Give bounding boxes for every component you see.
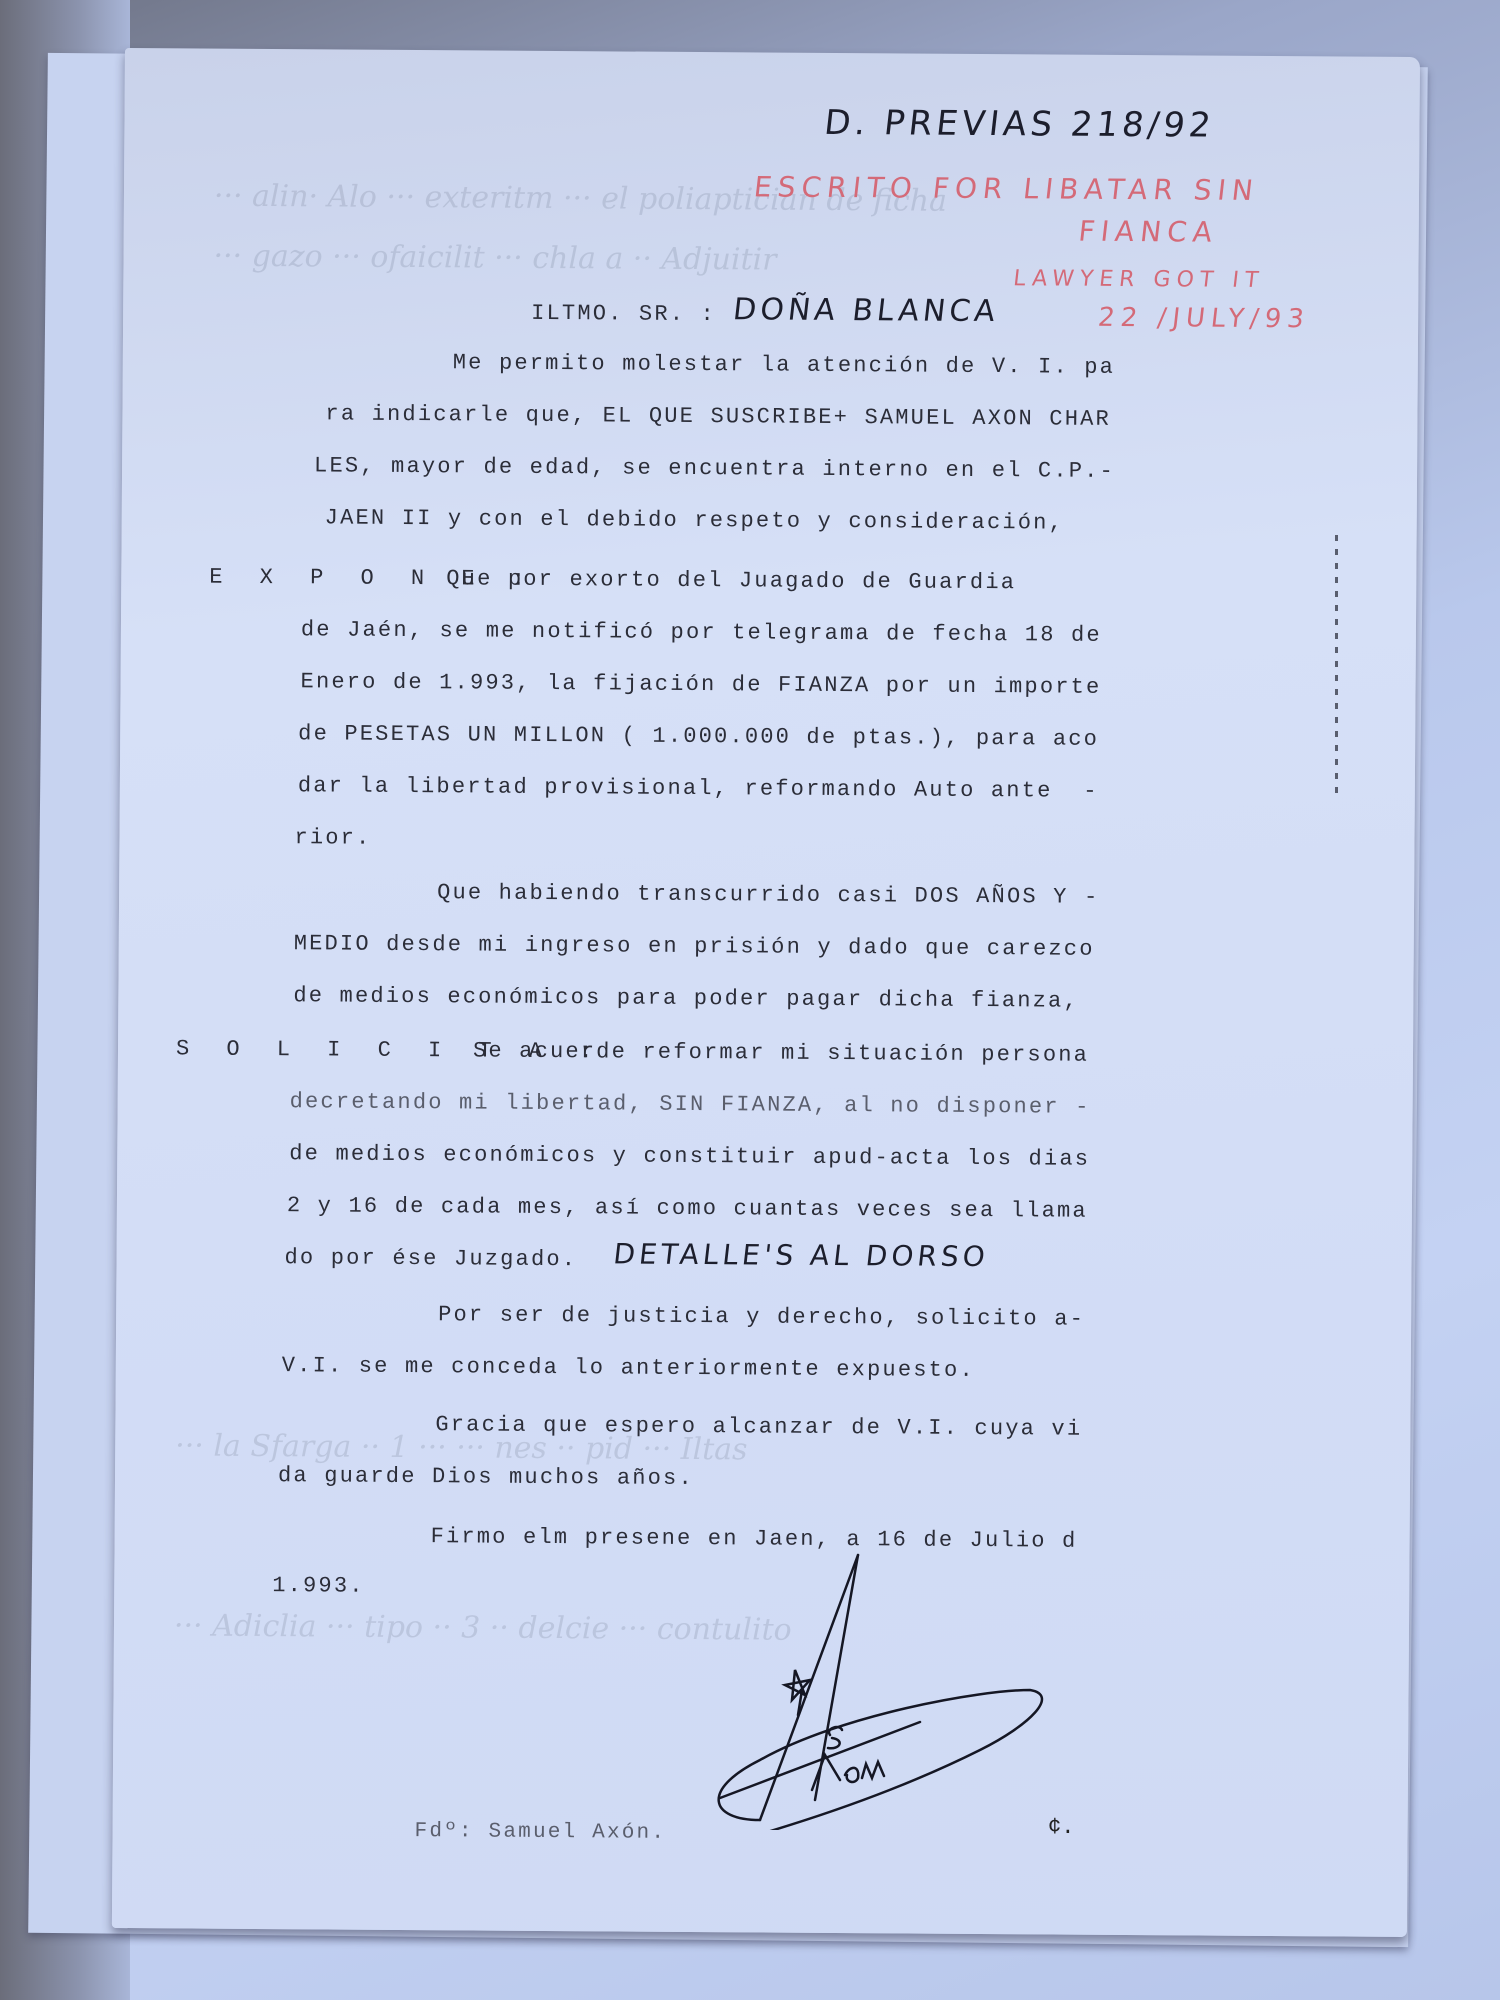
show-through-text: ··· gazo ··· ofaicilit ··· chla a ·· Adj… <box>213 239 776 278</box>
habiendo-line: MEDIO desde mi ingreso en prisión y dado… <box>294 931 1095 962</box>
expone-line: dar la libertad provisional, reformando … <box>298 773 1099 804</box>
expone-line: rior. <box>294 825 371 851</box>
signed-by: Fdº: Samuel Axón. <box>414 1820 666 1845</box>
case-number-annotation: D. PREVIAS 218/92 <box>822 103 1216 146</box>
solicita-line: Se acuerde reformar mi situación persona <box>473 1038 1089 1067</box>
back-details-annotation: DETALLE'S AL DORSO <box>612 1237 991 1273</box>
margin-mark <box>1335 535 1338 795</box>
gracia-line: da guarde Dios muchos años. <box>278 1463 694 1491</box>
red-note-line-1: ESCRITO FOR LIBATAR SIN <box>752 170 1260 206</box>
solicita-line: 2 y 16 de cada mes, así como cuantas vec… <box>287 1193 1088 1224</box>
red-note-line-3: LAWYER GOT IT <box>1012 266 1265 293</box>
solicita-line: de medios económicos y constituir apud-a… <box>289 1141 1090 1172</box>
justicia-line: V.I. se me conceda lo anteriormente expu… <box>282 1353 975 1383</box>
signature <box>700 1550 1060 1830</box>
intro-line: JAEN II y con el debido respeto y consid… <box>325 505 1064 535</box>
stray-mark: ¢. <box>1048 1815 1074 1840</box>
solicita-line: decretando mi libertad, SIN FIANZA, al n… <box>290 1089 1091 1120</box>
intro-line: ra indicarle que, EL QUE SUSCRIBE+ SAMUE… <box>325 401 1111 431</box>
red-note-line-2: FIANCA <box>1077 215 1220 249</box>
red-note-line-4: 22 /JULY/93 <box>1096 303 1311 334</box>
habiendo-line: de medios económicos para poder pagar di… <box>293 983 1079 1013</box>
intro-line: LES, mayor de edad, se encuentra interno… <box>314 453 1115 484</box>
addressee-name: DOÑA BLANCA <box>731 292 1001 329</box>
firmo-line: 1.993. <box>272 1573 365 1599</box>
expone-line: de PESETAS UN MILLON ( 1.000.000 de ptas… <box>298 721 1099 752</box>
expone-line: de Jaén, se me notificó por telegrama de… <box>301 617 1102 648</box>
intro-line: Me permito molestar la atención de V. I.… <box>453 350 1115 380</box>
expone-line: Que por exorto del Juagado de Guardia <box>446 566 1016 595</box>
gracia-line: Gracia que espero alcanzar de V.I. cuya … <box>435 1412 1082 1442</box>
solicita-line: do por ése Juzgado. <box>284 1245 577 1272</box>
salutation: ILTMO. SR. : <box>531 301 716 327</box>
expone-line: Enero de 1.993, la fijación de FIANZA po… <box>300 669 1101 700</box>
habiendo-line: Que habiendo transcurrido casi DOS AÑOS … <box>437 880 1099 910</box>
justicia-line: Por ser de justicia y derecho, solicito … <box>438 1302 1085 1332</box>
